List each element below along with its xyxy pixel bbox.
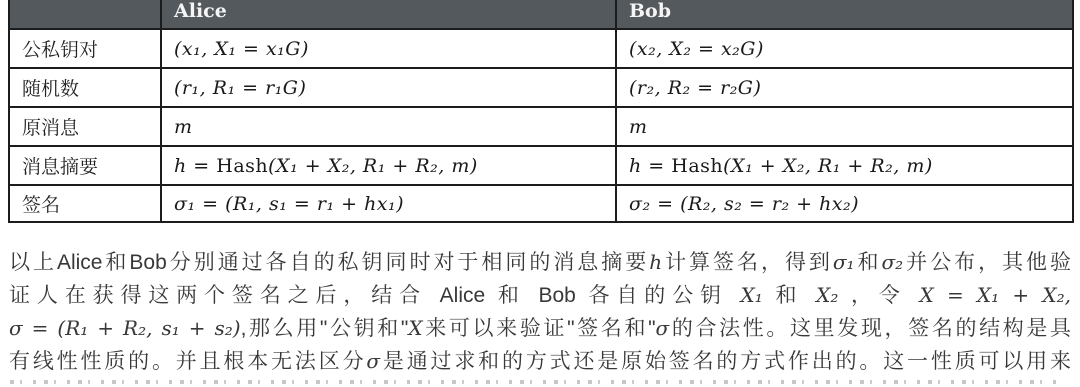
table-row: 消息摘要h = Hash(X₁ + X₂, R₁ + R₂, m)h = Has… — [9, 146, 1073, 185]
table-row: 签名σ₁ = (R₁, s₁ = r₁ + hx₁)σ₂ = (R₂, s₂ =… — [9, 185, 1073, 222]
table-header-corner — [9, 0, 161, 29]
inline-text: 的合法性。这里发现，签名的结构是具 — [669, 317, 1071, 340]
bob-formula-cell: h = Hash(X₁ + X₂, R₁ + R₂, m) — [616, 146, 1073, 185]
inline-text: 证人在获得这两个签名之后，结合 Alice 和 Bob 各自的公钥 — [9, 284, 741, 307]
table-row: 原消息mm — [9, 107, 1073, 146]
inline-math: σ — [656, 316, 670, 340]
inline-math: X — [408, 316, 422, 340]
explanation-paragraph: 以上Alice和Bob分别通过各自的私钥同时对于相同的消息摘要h计算签名，得到σ… — [9, 246, 1071, 378]
alice-formula-cell: (x₁, X₁ = x₁G) — [161, 29, 616, 68]
bob-formula-cell: m — [616, 107, 1073, 146]
row-label-cell: 随机数 — [9, 68, 161, 107]
inline-math: X₁ — [741, 283, 763, 307]
table-header-alice: Alice — [161, 0, 616, 29]
paragraph-line: 证人在获得这两个签名之后，结合 Alice 和 Bob 各自的公钥 X₁ 和 X… — [9, 279, 1071, 312]
bob-formula-cell: (r₂, R₂ = r₂G) — [616, 68, 1073, 107]
inline-text: 是通过求和的方式还是原始签名的方式作出的。这一性质可以用来 — [380, 350, 1071, 373]
signature-comparison-table: Alice Bob 公私钥对(x₁, X₁ = x₁G)(x₂, X₂ = x₂… — [8, 0, 1074, 223]
inline-math: h — [649, 250, 662, 274]
row-label-cell: 消息摘要 — [9, 146, 161, 185]
alice-formula-cell: (r₁, R₁ = r₁G) — [161, 68, 616, 107]
inline-math: σ = (R₁ + R₂, s₁ + s₂) — [9, 316, 241, 340]
table-header-row: Alice Bob — [9, 0, 1073, 29]
table-row: 公私钥对(x₁, X₁ = x₁G)(x₂, X₂ = x₂G) — [9, 29, 1073, 68]
inline-math: σ — [366, 349, 380, 373]
inline-math: X₂ — [816, 283, 838, 307]
paragraph-line: 有线性性质的。并且根本无法区分σ是通过求和的方式还是原始签名的方式作出的。这一性… — [9, 345, 1071, 378]
row-label-cell: 签名 — [9, 185, 161, 222]
paragraph-line: 以上Alice和Bob分别通过各自的私钥同时对于相同的消息摘要h计算签名，得到σ… — [9, 246, 1071, 279]
inline-text: 来可以来验证"签名和" — [423, 317, 656, 340]
inline-text: 计算签名，得到 — [662, 251, 833, 274]
inline-math: X = X₁ + X₂, — [919, 283, 1071, 307]
alice-formula-cell: h = Hash(X₁ + X₂, R₁ + R₂, m) — [161, 146, 616, 185]
inline-text: 有线性性质的。并且根本无法区分 — [9, 350, 366, 373]
inline-text: 以上Alice和Bob分别通过各自的私钥同时对于相同的消息摘要 — [9, 251, 649, 274]
clipped-text-line — [10, 380, 1062, 384]
row-label-cell: 原消息 — [9, 107, 161, 146]
bob-formula-cell: (x₂, X₂ = x₂G) — [616, 29, 1073, 68]
inline-text: 和 — [855, 251, 882, 274]
inline-text: 和 — [763, 284, 816, 307]
signature-comparison-table-wrap: Alice Bob 公私钥对(x₁, X₁ = x₁G)(x₂, X₂ = x₂… — [8, 0, 1074, 223]
table-header-bob: Bob — [616, 0, 1073, 29]
inline-text: ，令 — [838, 284, 919, 307]
inline-math: σ₁ — [833, 250, 855, 274]
inline-text: ,那么用"公钥和" — [241, 317, 409, 340]
bob-formula-cell: σ₂ = (R₂, s₂ = r₂ + hx₂) — [616, 185, 1073, 222]
table-row: 随机数(r₁, R₁ = r₁G)(r₂, R₂ = r₂G) — [9, 68, 1073, 107]
alice-formula-cell: m — [161, 107, 616, 146]
paragraph-line: σ = (R₁ + R₂, s₁ + s₂),那么用"公钥和"X来可以来验证"签… — [9, 312, 1071, 345]
inline-text: 并公布，其他验 — [903, 251, 1071, 274]
inline-math: σ₂ — [882, 250, 904, 274]
row-label-cell: 公私钥对 — [9, 29, 161, 68]
alice-formula-cell: σ₁ = (R₁, s₁ = r₁ + hx₁) — [161, 185, 616, 222]
